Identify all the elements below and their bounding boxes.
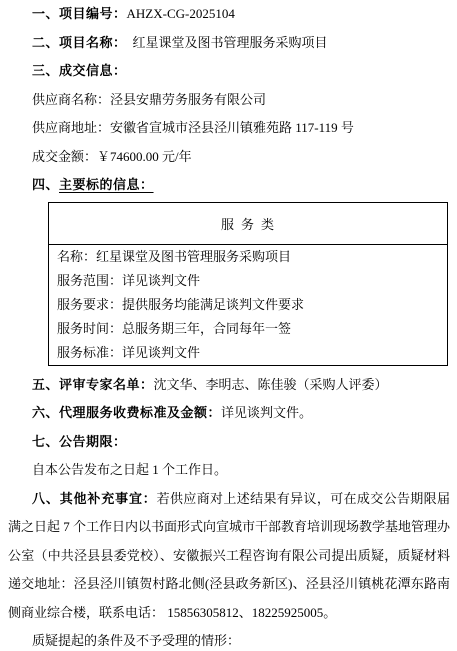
subject-info-heading: 四、主要标的信息： [8, 171, 450, 200]
experts-value: 沈文华、李明志、陈佳骏（采购人评委） [154, 377, 388, 392]
project-name-value: 红星课堂及图书管理服务采购项目 [127, 35, 328, 50]
notice-period-body: 自本公告发布之日起 1 个工作日。 [8, 456, 450, 485]
project-number-line: 一、项目编号：AHZX-CG-2025104 [8, 0, 450, 29]
award-amount-line: 成交金额：￥74600.00 元/年 [8, 143, 450, 172]
agency-fee-line: 六、代理服务收费标准及金额：详见谈判文件。 [8, 399, 450, 428]
supplier-name-label: 供应商名称： [32, 92, 110, 107]
agency-fee-value: 详见谈判文件。 [221, 405, 312, 420]
table-row-service-requirement: 服务要求：提供服务均能满足谈判文件要求 [49, 293, 448, 317]
table-row-service-time: 服务时间：总服务期三年，合同每年一签 [49, 317, 448, 341]
objection-conditions-line: 质疑提起的条件及不予受理的情形： [8, 627, 450, 651]
experts-line: 五、评审专家名单：沈文华、李明志、陈佳骏（采购人评委） [8, 371, 450, 400]
table-row: 服务时间：总服务期三年，合同每年一签 [49, 317, 448, 341]
other-matters-paragraph: 八、其他补充事宜：若供应商对上述结果有异议，可在成交公告期限届满之日起 7 个工… [8, 485, 450, 628]
supplier-name-line: 供应商名称：泾县安鼎劳务服务有限公司 [8, 86, 450, 115]
supplier-address-label: 供应商地址： [32, 120, 110, 135]
other-matters-body: 若供应商对上述结果有异议，可在成交公告期限届满之日起 7 个工作日内以书面形式向… [8, 491, 450, 620]
agency-fee-label: 六、代理服务收费标准及金额： [32, 405, 221, 420]
notice-period-heading: 七、公告期限： [8, 428, 450, 457]
project-name-label: 二、项目名称： [32, 35, 127, 50]
project-number-value: AHZX-CG-2025104 [127, 6, 235, 21]
award-amount-label: 成交金额： [32, 149, 97, 164]
award-amount-value: ￥74600.00 元/年 [97, 149, 192, 164]
table-row: 名称：红星课堂及图书管理服务采购项目 [49, 244, 448, 269]
supplier-name-value: 泾县安鼎劳务服务有限公司 [110, 92, 266, 107]
subject-info-table: 服务类 名称：红星课堂及图书管理服务采购项目 服务范围：详见谈判文件 服务要求：… [48, 202, 448, 366]
award-info-heading: 三、成交信息： [8, 57, 450, 86]
experts-label: 五、评审专家名单： [32, 377, 154, 392]
table-row-service-standard: 服务标准：详见谈判文件 [49, 341, 448, 366]
table-row-name: 名称：红星课堂及图书管理服务采购项目 [49, 244, 448, 269]
supplier-address-line: 供应商地址：安徽省宣城市泾县泾川镇雅苑路 117-119 号 [8, 114, 450, 143]
supplier-address-value: 安徽省宣城市泾县泾川镇雅苑路 117-119 号 [110, 120, 354, 135]
subject-info-heading-prefix: 四、 [32, 177, 59, 192]
table-row-service-scope: 服务范围：详见谈判文件 [49, 269, 448, 293]
table-row: 服务要求：提供服务均能满足谈判文件要求 [49, 293, 448, 317]
project-name-line: 二、项目名称：红星课堂及图书管理服务采购项目 [8, 29, 450, 58]
subject-info-heading-text: 主要标的信息： [59, 177, 154, 192]
table-header-row: 服务类 [49, 202, 448, 244]
project-number-label: 一、项目编号： [32, 6, 127, 21]
other-matters-label: 八、其他补充事宜： [32, 491, 157, 506]
announcement-document: 一、项目编号：AHZX-CG-2025104 二、项目名称：红星课堂及图书管理服… [0, 0, 457, 651]
table-row: 服务标准：详见谈判文件 [49, 341, 448, 366]
table-row: 服务范围：详见谈判文件 [49, 269, 448, 293]
table-header-service-category: 服务类 [49, 202, 448, 244]
